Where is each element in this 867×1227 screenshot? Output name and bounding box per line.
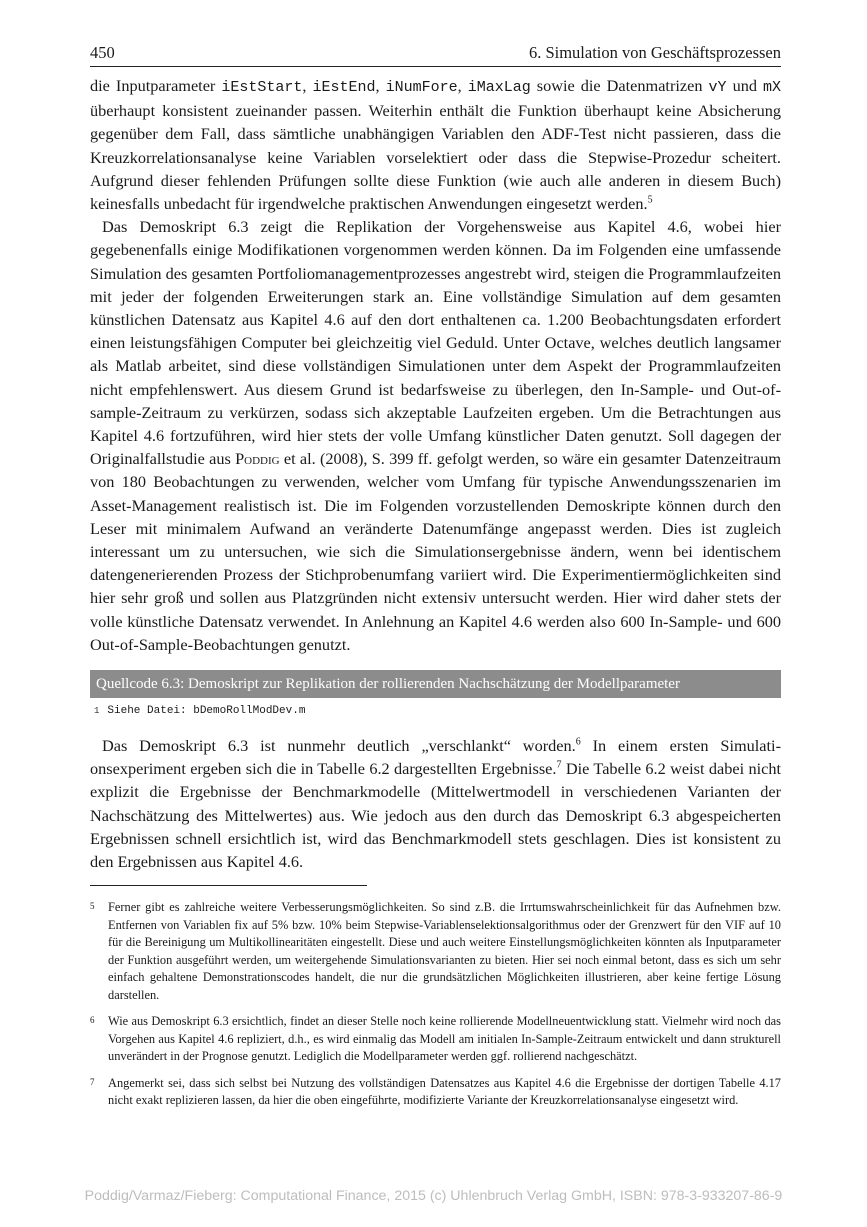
text-run: ,	[376, 76, 386, 95]
footnote-divider	[90, 885, 367, 886]
footnote-text: Angemerkt sei, dass sich selbst bei Nutz…	[108, 1075, 781, 1110]
code-listing-caption: Quellcode 6.3: Demoskript zur Replikatio…	[90, 670, 781, 698]
code-inline-iMaxLag: iMaxLag	[468, 79, 531, 96]
text-run: Das Demoskript 6.3 zeigt die Replikation…	[90, 217, 781, 468]
chapter-title: 6. Simulation von Geschäftsprozessen	[529, 43, 781, 66]
text-run: überhaupt konsistent zueinander passen. …	[90, 101, 781, 213]
footnote-text: Ferner gibt es zahlreiche weitere Verbes…	[108, 899, 781, 1004]
paragraph-1: die Inputparameter iEstStart, iEstEnd, i…	[90, 74, 781, 215]
code-inline-iEstEnd: iEstEnd	[313, 79, 376, 96]
footnote-6: 6 Wie aus Demoskript 6.3 ersichtlich, fi…	[90, 1013, 781, 1066]
code-inline-iNumFore: iNumFore	[386, 79, 458, 96]
line-number: 1	[94, 706, 99, 716]
footnote-ref-5[interactable]: 5	[648, 195, 653, 206]
text-run: et al. (2008), S. 399 ff. gefolgt werden…	[90, 449, 781, 654]
footnote-number: 5	[90, 899, 108, 1004]
text-run: Das Demoskript 6.3 ist nunmehr deutlich …	[102, 736, 576, 755]
paragraph-3: Das Demoskript 6.3 ist nunmehr deutlich …	[90, 734, 781, 873]
author-name: Poddig	[235, 449, 280, 468]
page-number: 450	[90, 43, 115, 66]
text-run: ,	[458, 76, 468, 95]
footnote-number: 7	[90, 1075, 108, 1110]
code-inline-vY: vY	[709, 79, 727, 96]
paragraph-2: Das Demoskript 6.3 zeigt die Replikation…	[90, 215, 781, 656]
text-run: ,	[302, 76, 312, 95]
code-inline-iEstStart: iEstStart	[221, 79, 302, 96]
text-run: sowie die Datenmatrizen	[531, 76, 709, 95]
code-text: Siehe Datei: bDemoRollModDev.m	[107, 705, 305, 717]
footnote-number: 6	[90, 1013, 108, 1066]
footnote-text: Wie aus Demoskript 6.3 ersichtlich, find…	[108, 1013, 781, 1066]
text-run: und	[727, 76, 763, 95]
text-run: die Inputparameter	[90, 76, 221, 95]
main-text: die Inputparameter iEstStart, iEstEnd, i…	[90, 74, 781, 873]
footnote-5: 5 Ferner gibt es zahlreiche weitere Verb…	[90, 899, 781, 1004]
code-listing-line: 1Siehe Datei: bDemoRollModDev.m	[94, 704, 781, 718]
code-inline-mX: mX	[763, 79, 781, 96]
footnote-7: 7 Angemerkt sei, dass sich selbst bei Nu…	[90, 1075, 781, 1110]
copyright-watermark: Poddig/Varmaz/Fieberg: Computational Fin…	[0, 1188, 867, 1204]
footnotes: 5 Ferner gibt es zahlreiche weitere Verb…	[90, 899, 781, 1119]
running-header: 450 6. Simulation von Geschäftsprozessen	[90, 42, 781, 67]
